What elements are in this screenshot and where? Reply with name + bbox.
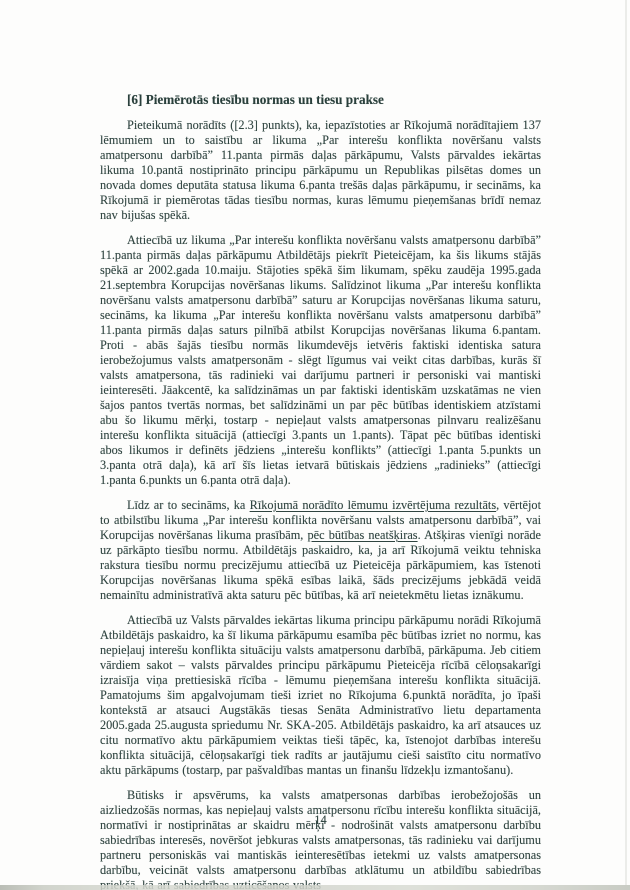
section-heading: [6] Piemērotās tiesību normas un tiesu p… [100, 92, 541, 108]
underlined-text: Rīkojumā norādīto lēmumu izvērtējuma rez… [250, 498, 496, 512]
text-segment: Būtisks ir apsvērums, ka valsts amatpers… [100, 788, 541, 890]
paragraph: Būtisks ir apsvērums, ka valsts amatpers… [100, 788, 541, 890]
underlined-text: pēc būtības neatšķiras [308, 528, 418, 542]
document-body: Pieteikumā norādīts ([2.3] punkts), ka, … [100, 118, 541, 890]
document-content: [6] Piemērotās tiesību normas un tiesu p… [100, 92, 541, 890]
text-segment: Pieteikumā norādīts ([2.3] punkts), ka, … [100, 118, 541, 222]
paragraph: Attiecībā uz likuma „Par interešu konfli… [100, 233, 541, 488]
document-page: [6] Piemērotās tiesību normas un tiesu p… [0, 0, 630, 890]
page-number: 14 [100, 813, 541, 828]
scan-edge-right-artifact [625, 0, 627, 890]
text-segment: Līdz ar to secināms, ka [127, 498, 250, 512]
text-segment: Attiecībā uz Valsts pārvaldes iekārtas l… [100, 613, 541, 777]
text-segment: Attiecībā uz likuma „Par interešu konfli… [100, 233, 541, 487]
paragraph: Pieteikumā norādīts ([2.3] punkts), ka, … [100, 118, 541, 223]
paragraph: Līdz ar to secināms, ka Rīkojumā norādīt… [100, 498, 541, 603]
scan-edge-bottom-artifact [0, 885, 630, 890]
paragraph: Attiecībā uz Valsts pārvaldes iekārtas l… [100, 613, 541, 778]
